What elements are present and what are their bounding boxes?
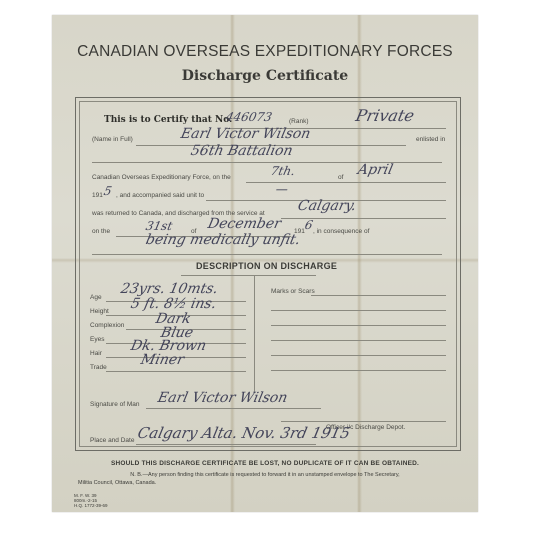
regimental-number: 446073 bbox=[225, 110, 274, 124]
rule bbox=[311, 295, 446, 296]
description-title: DESCRIPTION ON DISCHARGE bbox=[196, 261, 337, 271]
organization-heading: CANADIAN OVERSEAS EXPEDITIONARY FORCES bbox=[52, 43, 478, 61]
signature-label: Signature of Man bbox=[90, 401, 140, 408]
enlisted-label: enlisted in bbox=[416, 136, 445, 143]
name-value: Earl Victor Wilson bbox=[179, 126, 312, 142]
rule bbox=[146, 408, 321, 409]
height-label: Height bbox=[90, 308, 109, 315]
rule bbox=[271, 340, 446, 341]
rule bbox=[136, 444, 316, 445]
trade-label: Trade bbox=[90, 364, 107, 371]
hair-label: Hair bbox=[90, 350, 102, 357]
rule bbox=[92, 254, 442, 255]
age-label: Age bbox=[90, 294, 102, 301]
accompanied-label: , and accompanied said unit to bbox=[116, 192, 204, 199]
rule bbox=[271, 310, 446, 311]
rule bbox=[281, 421, 446, 422]
discharge-month: December bbox=[206, 216, 282, 232]
enlisted-month: April bbox=[356, 162, 394, 178]
discharged-at: Calgary. bbox=[296, 198, 357, 214]
rule bbox=[181, 275, 316, 276]
nb-note-line2: Militia Council, Ottawa, Canada. bbox=[78, 480, 156, 486]
consequence-label: , in consequence of bbox=[313, 228, 369, 235]
rule bbox=[271, 370, 446, 371]
marks-label: Marks or Scars bbox=[271, 288, 315, 295]
enlisted-day: 7th. bbox=[270, 164, 297, 178]
place-date-value: Calgary Alta. Nov. 3rd 1915 bbox=[136, 424, 352, 442]
name-label: (Name in Full) bbox=[92, 136, 133, 143]
column-divider bbox=[254, 275, 255, 393]
print-code: M. F. W. 39 800m.-2-15 H.Q. 1772-39-69 bbox=[74, 493, 108, 508]
certify-label: This is to Certify that No. bbox=[104, 115, 232, 125]
unit-value: 56th Battalion bbox=[189, 143, 294, 159]
rank-value: Private bbox=[354, 106, 416, 125]
height-value: 5 ft. 8½ ins. bbox=[129, 296, 218, 312]
discharge-reason: being medically unfit. bbox=[144, 232, 302, 248]
certificate-box: This is to Certify that No. 446073 (Rank… bbox=[75, 97, 461, 451]
print-code-line: H.Q. 1772-39-69 bbox=[74, 503, 108, 508]
nb-note-line1: N. B.—Any person finding this certificat… bbox=[52, 472, 478, 478]
on-the-label: on the bbox=[92, 228, 110, 235]
rule bbox=[271, 355, 446, 356]
rule bbox=[246, 182, 446, 183]
eyes-label: Eyes bbox=[90, 336, 104, 343]
of-label: of bbox=[338, 174, 343, 181]
signature-value: Earl Victor Wilson bbox=[156, 390, 289, 406]
place-date-label: Place and Date bbox=[90, 437, 134, 444]
age-value: 23yrs. 10mts. bbox=[119, 281, 219, 297]
force-label: Canadian Overseas Expeditionary Force, o… bbox=[92, 174, 231, 181]
discharge-certificate: CANADIAN OVERSEAS EXPEDITIONARY FORCES D… bbox=[52, 15, 478, 512]
rule bbox=[106, 371, 246, 372]
rule bbox=[271, 325, 446, 326]
rank-label: (Rank) bbox=[289, 118, 309, 125]
trade-value: Miner bbox=[139, 352, 185, 368]
year-prefix-1: 191 bbox=[92, 192, 103, 199]
complexion-label: Complexion bbox=[90, 322, 124, 329]
discharge-day: 31st bbox=[145, 219, 174, 233]
document-title: Discharge Certificate bbox=[52, 68, 478, 84]
lost-warning: SHOULD THIS DISCHARGE CERTIFICATE BE LOS… bbox=[52, 460, 478, 467]
